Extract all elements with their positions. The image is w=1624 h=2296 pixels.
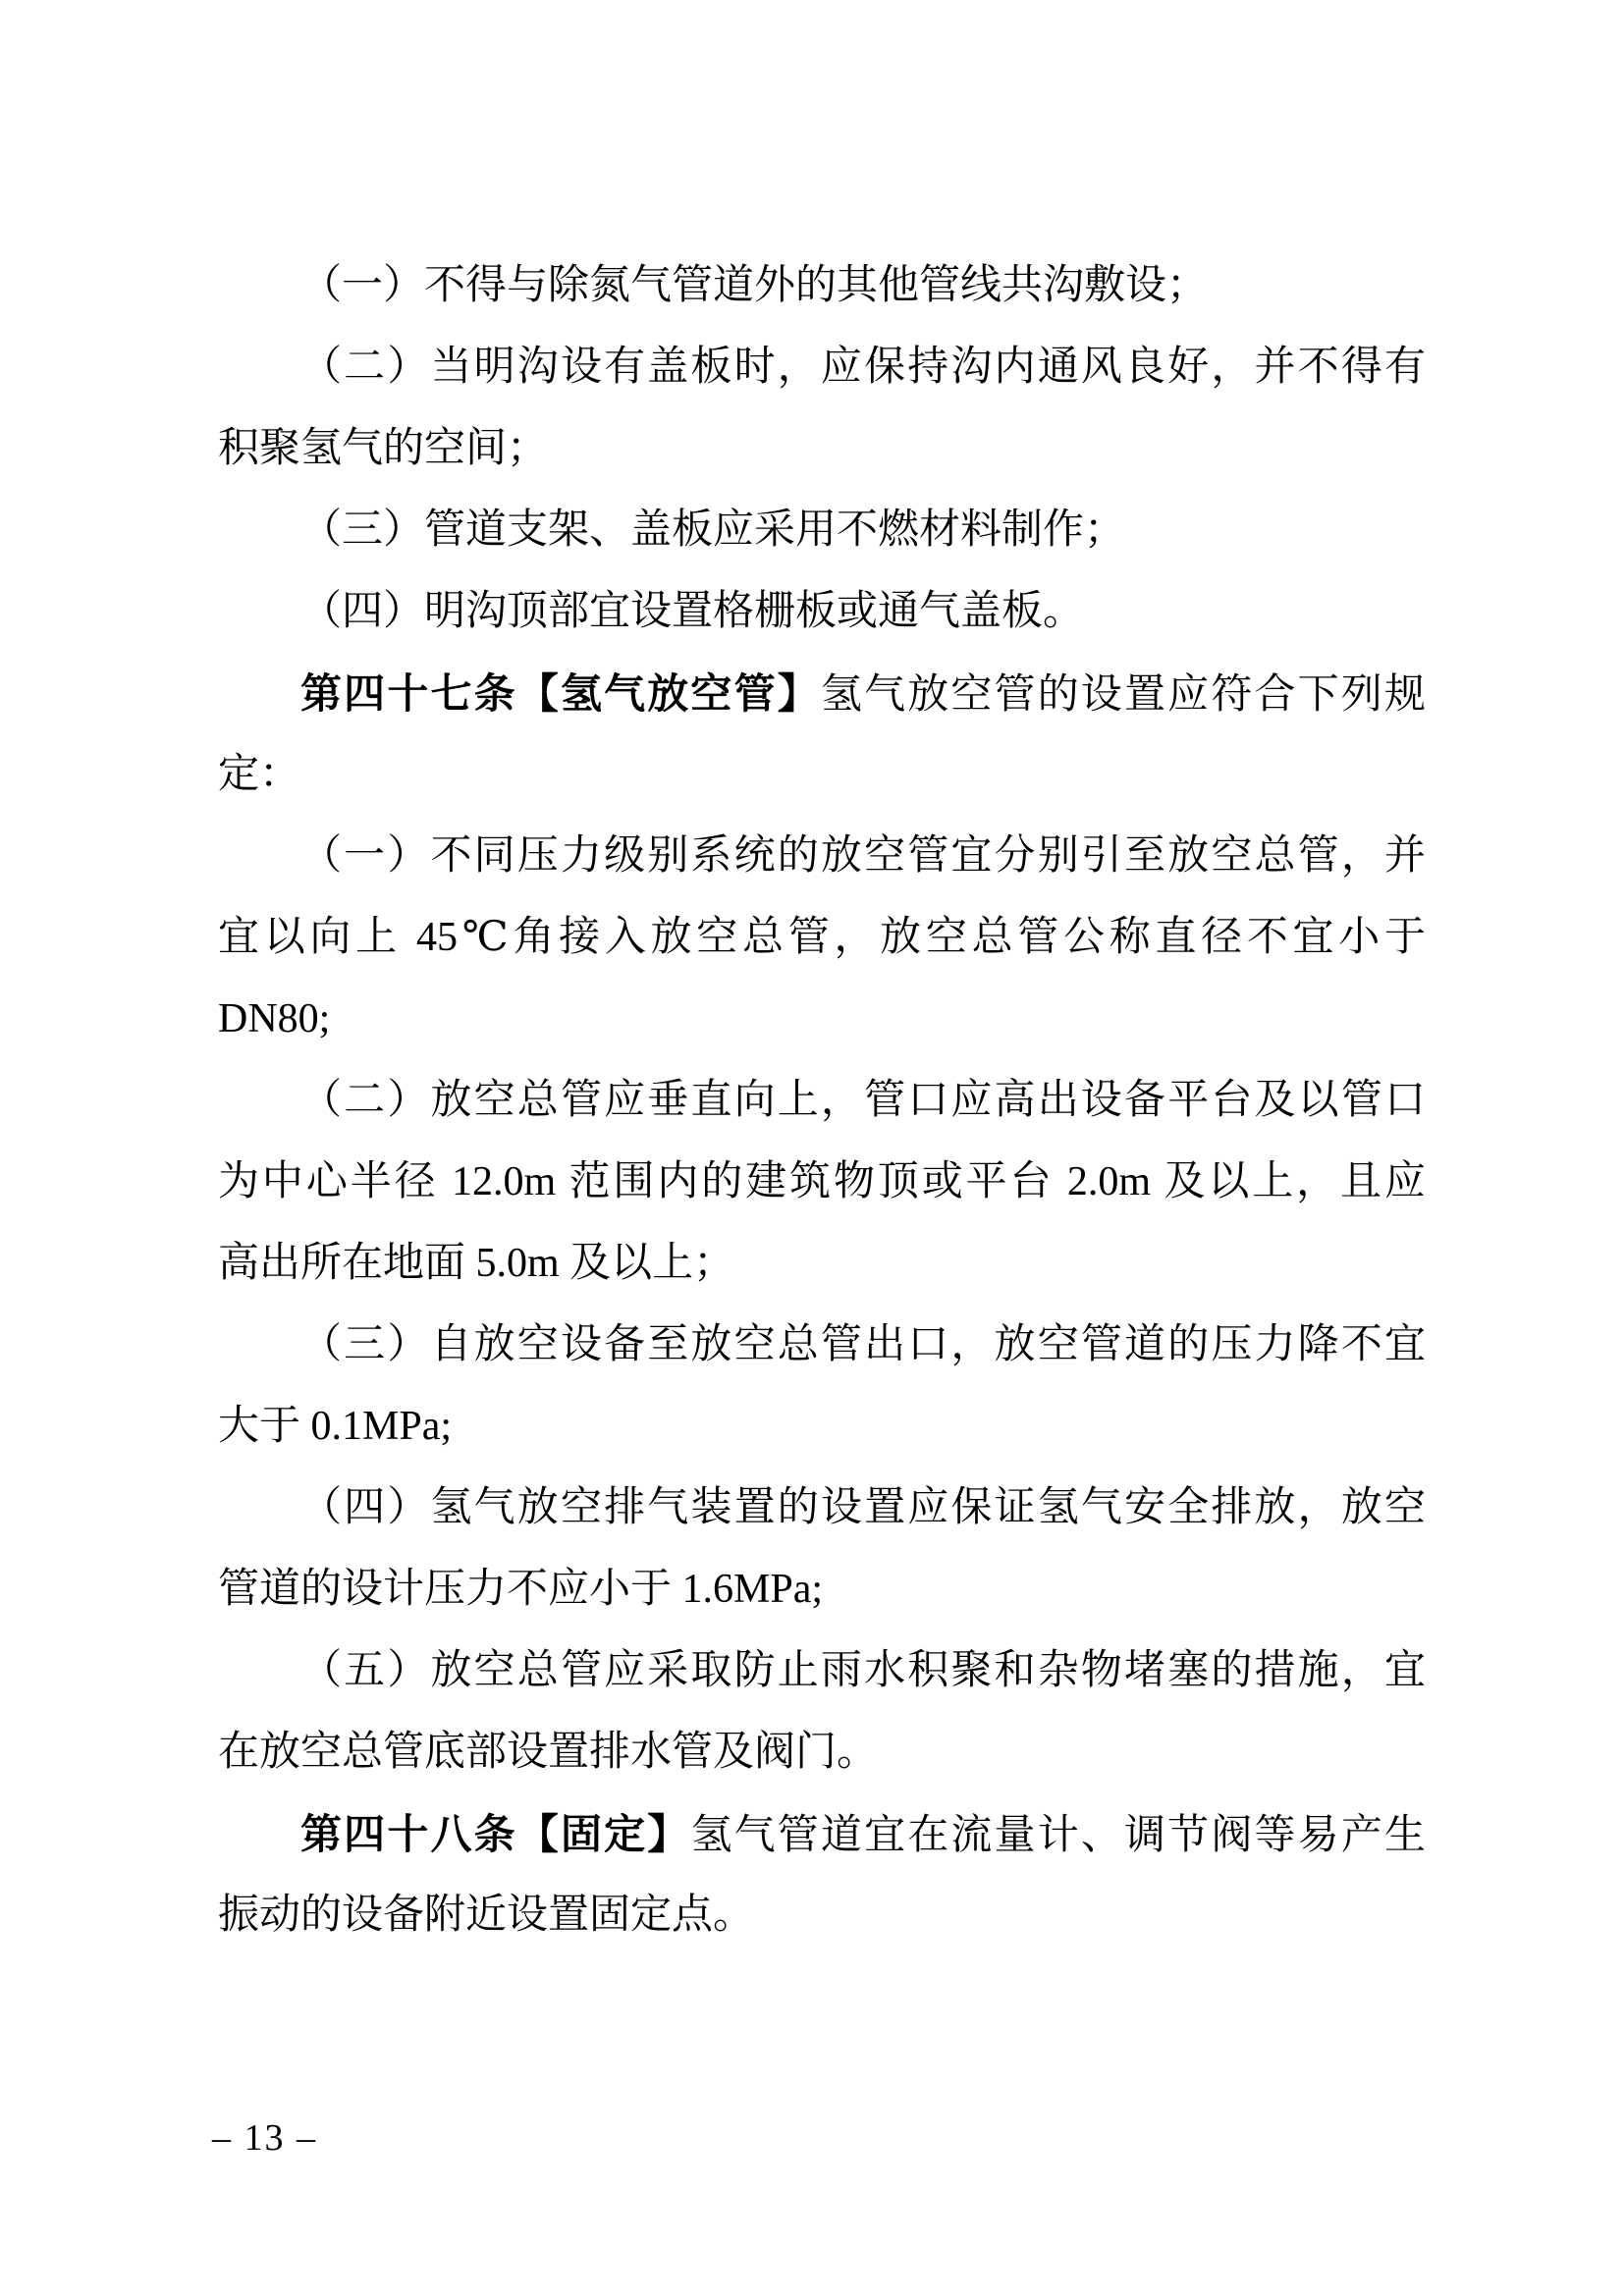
text-line: 定： — [218, 734, 1426, 816]
article-heading: 第四十七条【氢气放空管】 — [300, 670, 821, 717]
text-line: 为中心半径 12.0m 范围内的建筑物顶或平台 2.0m 及以上，且应 — [218, 1142, 1426, 1223]
text-line: 高出所在地面 5.0m 及以上； — [218, 1223, 1426, 1305]
text-line: （一）不同压力级别系统的放空管宜分别引至放空总管，并 — [218, 816, 1426, 897]
article-heading: 第四十八条【固定】 — [300, 1811, 690, 1857]
text-line: 第四十七条【氢气放空管】氢气放空管的设置应符合下列规 — [218, 653, 1426, 734]
text-line: 管道的设计压力不应小于 1.6MPa; — [218, 1549, 1426, 1630]
text-line: 在放空总管底部设置排水管及阀门。 — [218, 1712, 1426, 1793]
text-line: DN80; — [218, 979, 1426, 1060]
document-page: （一）不得与除氮气管道外的其他管线共沟敷设；（二）当明沟设有盖板时，应保持沟内通… — [0, 0, 1624, 2296]
text-line: 积聚氢气的空间； — [218, 408, 1426, 490]
text-line: （四）氢气放空排气装置的设置应保证氢气安全排放，放空 — [218, 1468, 1426, 1549]
text-line: （三）自放空设备至放空总管出口，放空管道的压力降不宜 — [218, 1305, 1426, 1386]
page-number: – 13 – — [212, 2116, 317, 2160]
text-line: （二）当明沟设有盖板时，应保持沟内通风良好，并不得有 — [218, 327, 1426, 408]
text-line: （四）明沟顶部宜设置格栅板或通气盖板。 — [218, 571, 1426, 653]
text-line: 宜以向上 45℃角接入放空总管，放空总管公称直径不宜小于 — [218, 897, 1426, 979]
text-line: 振动的设备附近设置固定点。 — [218, 1875, 1426, 1956]
text-line: 大于 0.1MPa; — [218, 1386, 1426, 1468]
text-line: （一）不得与除氮气管道外的其他管线共沟敷设； — [218, 245, 1426, 327]
text-line: （五）放空总管应采取防止雨水积聚和杂物堵塞的措施，宜 — [218, 1630, 1426, 1712]
document-body: （一）不得与除氮气管道外的其他管线共沟敷设；（二）当明沟设有盖板时，应保持沟内通… — [218, 245, 1426, 1956]
text-line: 第四十八条【固定】氢气管道宜在流量计、调节阀等易产生 — [218, 1793, 1426, 1875]
text-line: （二）放空总管应垂直向上，管口应高出设备平台及以管口 — [218, 1060, 1426, 1142]
text-line: （三）管道支架、盖板应采用不燃材料制作； — [218, 490, 1426, 571]
